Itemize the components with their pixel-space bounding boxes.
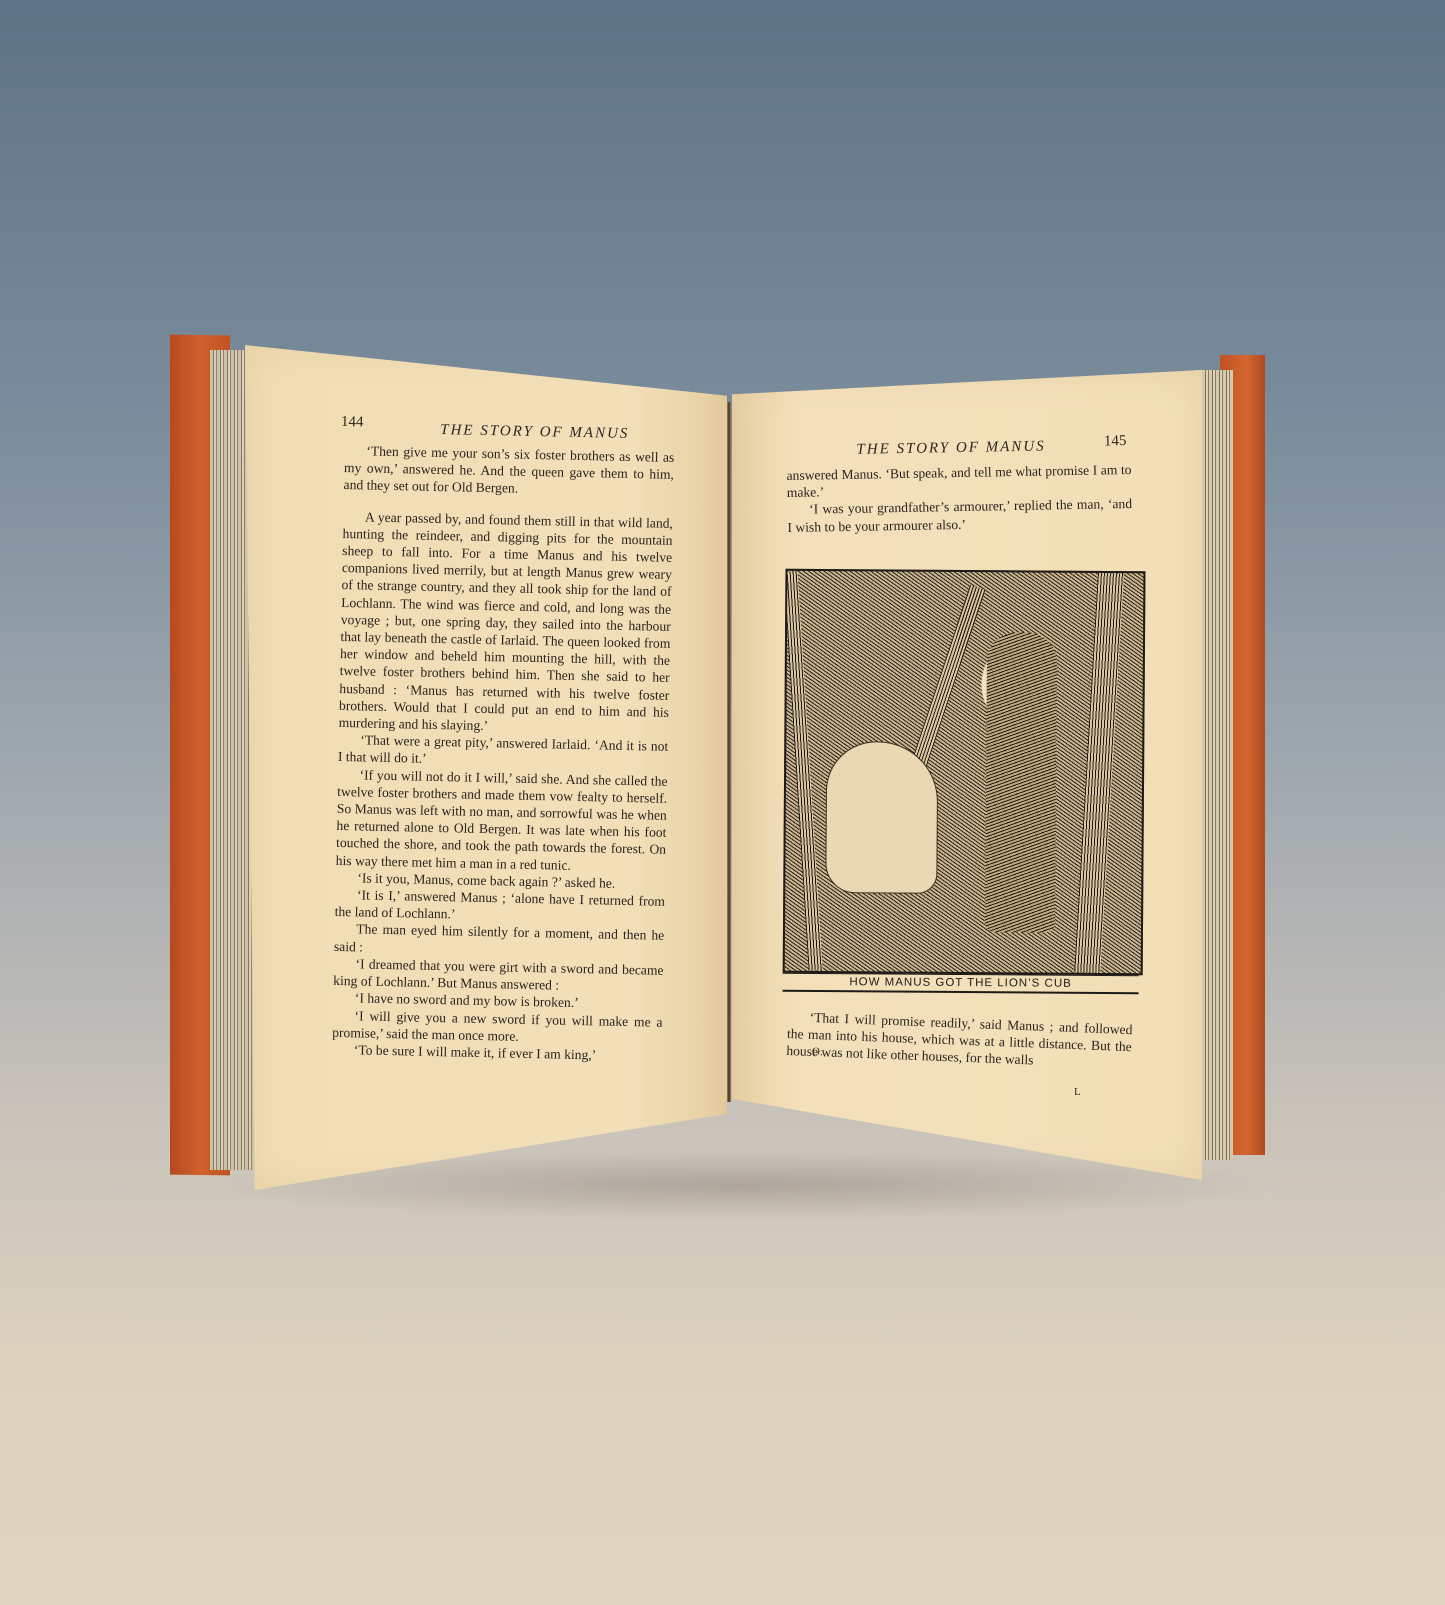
signature-mark-l: L (1074, 1086, 1081, 1098)
illustration-plate: HOW MANUS GOT THE LION’S CUB (783, 569, 1146, 1002)
lioness-figure (825, 741, 938, 894)
page-number-right: 145 (1104, 433, 1127, 451)
page-number-left: 144 (341, 414, 364, 432)
left-page-text: 144 THE STORY OF MANUS ‘Then give me you… (332, 420, 675, 1065)
paragraph: ‘If you will not do it I will,’ said she… (336, 766, 668, 876)
signature-mark-o: O. (812, 1046, 823, 1058)
book-gutter (727, 402, 731, 1102)
illustration-image (783, 569, 1146, 976)
photo-scene: 144 THE STORY OF MANUS ‘Then give me you… (0, 0, 1445, 1605)
right-page-text: THE STORY OF MANUS 145 answered Manus. ‘… (786, 439, 1133, 536)
paragraph: A year passed by, and found them still i… (338, 508, 673, 739)
running-head-right: THE STORY OF MANUS (826, 438, 1076, 460)
illustration-caption: HOW MANUS GOT THE LION’S CUB (783, 973, 1139, 994)
paragraph: ‘Then give me your son’s six foster brot… (343, 442, 674, 501)
warrior-figure (985, 632, 1057, 932)
paragraph: ‘I was your grandfather’s armourer,’ rep… (787, 495, 1133, 535)
